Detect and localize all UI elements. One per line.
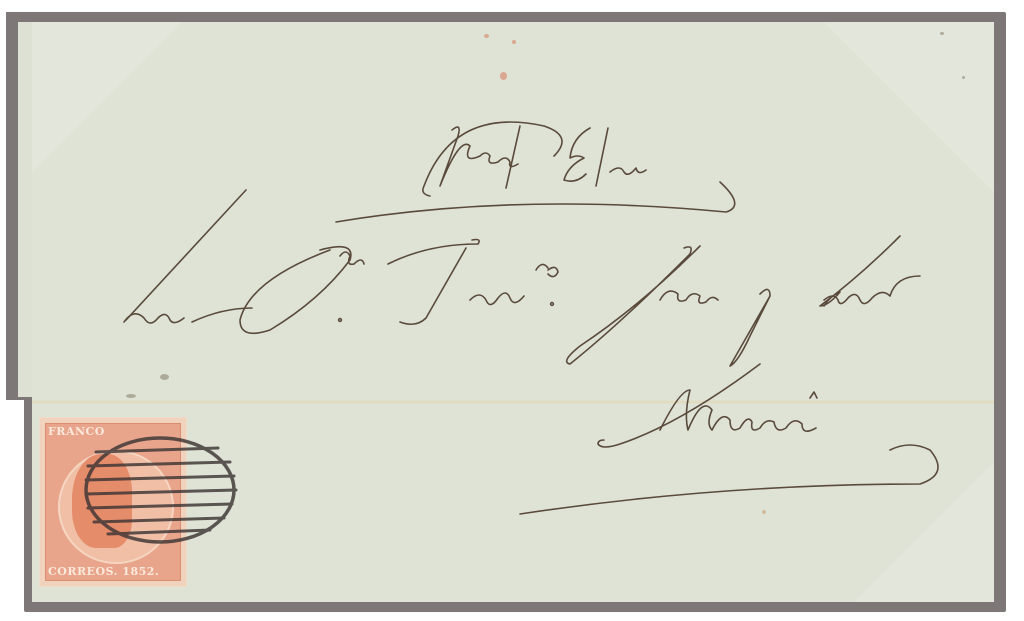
queen-portrait-icon: [72, 454, 132, 548]
stamp-top-label: FRANCO: [48, 425, 178, 439]
stamp-frame: [45, 423, 181, 581]
stamp-bottom-label: CORREOS. 1852.: [48, 565, 178, 579]
postage-stamp: FRANCO CORREOS. 1852.: [40, 418, 186, 586]
